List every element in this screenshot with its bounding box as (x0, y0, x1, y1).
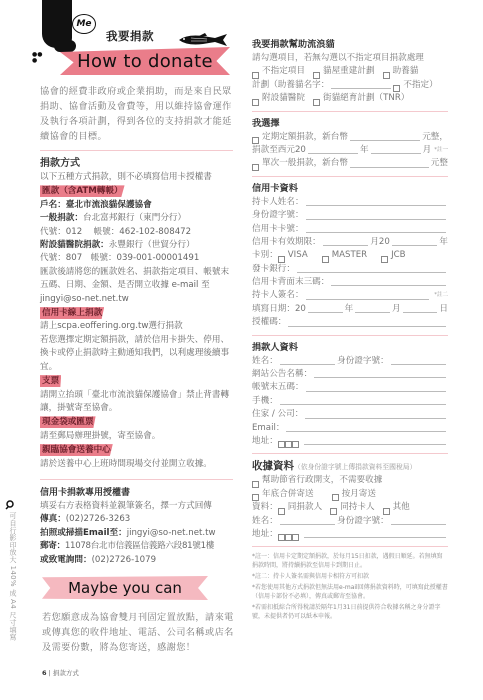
checkbox-single[interactable] (252, 164, 259, 171)
checkbox-no-cat[interactable] (393, 85, 400, 92)
checkbox-tnr[interactable] (313, 99, 320, 106)
online-note: 若您選擇定期定額捐款，請於信用卡掛失、停用、換卡或停止捐款時主動通知我們，以利處… (40, 334, 233, 374)
subscribe-text: 若您願意成為協會雙月刊固定置放點，請來電或傳真您的收件地址、電話、公司名稱或店名… (42, 610, 237, 655)
date-month-field[interactable] (355, 312, 390, 313)
footnote: *若需扣抵綜合所得稅請於隔年1月31日前提供符合收據名稱之身分證字號，未提供者仍… (252, 603, 448, 621)
visit-text: 請於送養中心上班時間現場交付並開立收據。 (40, 458, 233, 471)
divider (40, 150, 233, 151)
check-tag: 支票 (40, 375, 61, 387)
receipt-name-field[interactable] (280, 524, 335, 525)
signature-field[interactable] (306, 299, 430, 300)
auth-fax: 傳真：(02)2726-3263 (40, 513, 233, 526)
zip-box[interactable] (292, 441, 299, 448)
divider (252, 111, 448, 112)
checkbox-monthly[interactable] (332, 494, 339, 501)
remit-tag: 匯款（含ATM轉帳） (40, 185, 125, 197)
checkbox-clinic[interactable] (252, 99, 259, 106)
methods-title: 捐款方式 (40, 157, 233, 171)
auth-title: 信用卡捐款專用授權書 (40, 486, 233, 500)
auth-phone: 或致電詢問：(02)2726-1079 (40, 554, 233, 567)
receipt-title: 收據資料（依身份證字號上傳捐款資料至國稅局） (252, 459, 448, 474)
checkbox-no-receipt[interactable] (252, 481, 259, 488)
checkbox-yearly[interactable] (252, 494, 259, 501)
page-footer: 6 | 捐款方式 (42, 668, 79, 677)
until-year-field[interactable] (308, 153, 358, 154)
footer-section: 捐款方式 (53, 669, 79, 677)
print-note: 可自行影印放大 140% 成 A4 尺寸填寫 (4, 512, 18, 641)
mobile-field[interactable] (280, 404, 446, 405)
receipt-id-field[interactable] (391, 524, 446, 525)
how-to-donate-banner: How to donate (60, 47, 230, 75)
donation-form: 我要捐款幫助流浪貓 請勾選項目，若無勾選以不指定項目捐款處理 不指定項目 貓屋重… (252, 38, 448, 623)
footnote: *註一：信用卡定期定額捐款，於每月15日扣款，遇假日順延。若無填寫捐款時間，將持… (252, 552, 448, 570)
online-link[interactable]: 請上scpa.eoffering.org.tw選行捐款 (40, 320, 233, 333)
remit-note: 匯款後請將您的匯款姓名、捐款指定項目、帳號末五碼、日期、金額、是否開立收據 e-… (40, 266, 233, 306)
checkbox-same-donor[interactable] (278, 508, 285, 515)
banner-text: How to donate (77, 51, 213, 72)
expiry-month-field[interactable] (323, 245, 369, 246)
card-id-field[interactable] (306, 219, 446, 220)
methods-subtitle: 以下五種方式捐款，則不必填寫信用卡授權書 (40, 171, 233, 184)
donor-email-field[interactable] (286, 431, 446, 432)
cat-name-field[interactable] (331, 88, 391, 89)
divider (252, 335, 448, 336)
home-phone-field[interactable] (305, 418, 446, 419)
maybe-you-can-banner: Maybe you can (42, 576, 208, 600)
footnote: *若您使用其他方式捐款但無法用e-mail回傳捐款資料時，可填寫此授權書（信用卡… (252, 583, 448, 601)
designate-desc: 請勾選項目，若無勾選以不指定項目捐款處理 (252, 52, 448, 65)
checkbox-unspecified[interactable] (252, 72, 259, 79)
paw-prints-icon: ●●● (32, 52, 42, 64)
general-account-code: 代號：012 帳號：462-102-808472 (40, 226, 233, 239)
receipt-address-field[interactable] (304, 537, 446, 538)
divider (252, 176, 448, 177)
date-day-field[interactable] (403, 312, 438, 313)
card-number-field[interactable] (306, 232, 446, 233)
intro-text: 協會的經費非政府或企業捐助，而是來自民眾捐助、協會活動及會費等，用以維持協會運作… (40, 84, 233, 144)
account-last5-field[interactable] (306, 391, 446, 392)
cat-paw-illustration (42, 0, 72, 48)
cvv-field[interactable] (331, 285, 446, 286)
fish-icon (177, 33, 229, 47)
footnotes: *註一：信用卡定期定額捐款，於每月15日扣款，遇假日順延。若無填寫捐款時間，將持… (252, 552, 448, 621)
issuing-bank-field[interactable] (297, 272, 446, 273)
checkbox-same-holder[interactable] (330, 508, 337, 515)
single-amount-field[interactable] (350, 167, 429, 168)
divider (40, 479, 233, 480)
checkbox-periodic[interactable] (252, 137, 259, 144)
date-year-field[interactable] (308, 312, 343, 313)
clinic-account-code: 代號：807 帳號：039-001-00001491 (40, 252, 233, 265)
checkbox-sponsor-cat[interactable] (383, 72, 390, 79)
cash-tag: 現金袋或匯票 (40, 416, 96, 428)
general-donation: 一般捐款：台北富邦銀行（東門分行） (40, 212, 233, 225)
donor-address-field[interactable] (304, 444, 446, 445)
auth-code-field[interactable] (288, 326, 446, 327)
checkbox-jcb[interactable] (381, 256, 388, 263)
donor-id-field[interactable] (391, 364, 446, 365)
zip-box[interactable] (285, 441, 292, 448)
choice-title: 我選擇 (252, 117, 448, 131)
header-title-zh: 我要捐款 (106, 28, 154, 44)
checkbox-visa[interactable] (278, 256, 285, 263)
divider (252, 546, 448, 547)
left-column: 協會的經費非政府或企業捐助，而是來自民眾捐助、協會活動及會費等，用以維持協會運作… (40, 84, 233, 567)
divider (252, 453, 448, 454)
account-name: 戶名：臺北市流浪貓保護協會 (40, 199, 233, 212)
footnote: *註二：持卡人簽名需與信用卡相符方可扣款 (252, 572, 448, 581)
zip-box[interactable] (278, 441, 285, 448)
page-number: 6 (42, 669, 47, 677)
zip-box[interactable] (292, 534, 299, 541)
donation-page: ●●● Me 我要捐款 How to donate 協會的經費非政府或企業捐助，… (0, 0, 483, 700)
me-speech-bubble: Me (72, 14, 96, 34)
auth-desc: 填妥右方表格資料並親筆簽名，擇一方式回傳 (40, 500, 233, 513)
zip-box[interactable] (285, 534, 292, 541)
zip-box[interactable] (278, 534, 285, 541)
clinic-donation: 附設貓醫院捐款：永豐銀行（世貿分行） (40, 239, 233, 252)
card-title: 信用卡資料 (252, 182, 448, 196)
maybe-text: Maybe you can (68, 579, 182, 597)
check-text: 請開立抬頭「臺北市流浪貓保護協會」禁止背書轉讓，掛號寄至協會。 (40, 389, 233, 416)
visit-tag: 親臨協會送養中心 (40, 444, 113, 456)
donor-name-field[interactable] (280, 364, 335, 365)
auth-mail: 郵寄：11078台北市信義區信義路六段81號1樓 (40, 540, 233, 553)
magnifier-icon (5, 500, 15, 510)
designate-title: 我要捐款幫助流浪貓 (252, 38, 448, 52)
card-holder-field[interactable] (306, 205, 446, 206)
donor-title: 捐款人資料 (252, 341, 448, 355)
expiry-year-field[interactable] (392, 245, 438, 246)
periodic-amount-field[interactable] (350, 140, 420, 141)
checkbox-master[interactable] (322, 256, 329, 263)
web-name-field[interactable] (314, 377, 446, 378)
until-month-field[interactable] (371, 153, 421, 154)
cash-text: 請至郵局辦理掛號，寄至協會。 (40, 430, 233, 443)
checkbox-other[interactable] (383, 508, 390, 515)
auth-email: 拍照或掃描Email至：jingyi@so-net.net.tw (40, 527, 233, 540)
online-tag: 信用卡線上捐款 (40, 307, 104, 319)
checkbox-cat-house[interactable] (313, 72, 320, 79)
